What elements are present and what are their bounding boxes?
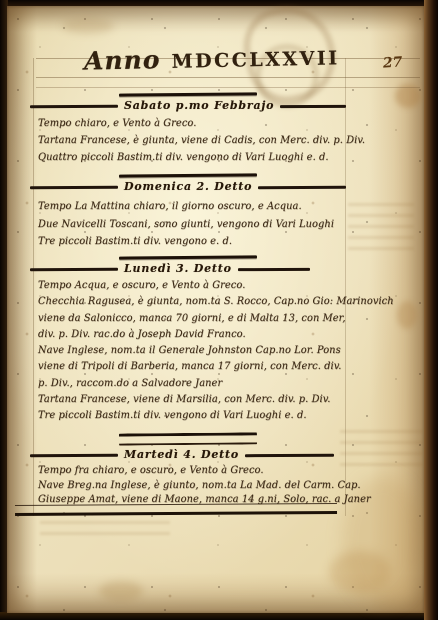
foxing-stain (329, 551, 391, 593)
manuscript-line: Due Navicelli Toscani, sono giunti, veng… (38, 216, 346, 234)
ink-bleedthrough-text (40, 519, 170, 543)
manuscript-line: viene di Tripoli di Barberia, manca 17 g… (38, 359, 346, 375)
page-title: Anno MDCCLXXVII (84, 41, 340, 75)
entry-body: Tempo La Mattina chiaro, il giorno oscur… (30, 194, 346, 251)
heading-rule-right (280, 105, 346, 108)
heading-rule-right (258, 186, 346, 189)
foxing-stain (99, 581, 143, 601)
section-heading: Sabato p.mo Febbrajo (118, 99, 280, 112)
entry-domenica-2: Domenica 2. Detto Tempo La Mattina chiar… (30, 174, 346, 251)
manuscript-line: Tartana Francese, è giunta, viene di Cad… (38, 132, 346, 149)
manuscript-line: Tempo Acqua, e oscuro, e Vento à Greco. (38, 278, 346, 294)
heading-rule-left (30, 454, 118, 458)
section-divider-rule (119, 432, 257, 445)
section-heading-row: Sabato p.mo Febbrajo (30, 100, 346, 113)
manuscript-line: viene da Salonicco, manca 70 giorni, e d… (38, 311, 346, 327)
manuscript-line: Tre piccoli Bastim.ti div. vengono e. d. (38, 233, 346, 251)
entry-sabato-1-febbraio: Sabato p.mo Febbrajo Tempo chiaro, e Ven… (30, 93, 346, 166)
entry-body: Tempo Acqua, e oscuro, e Vento à Greco. … (30, 276, 346, 425)
section-heading: Domenica 2. Detto (118, 180, 258, 193)
heading-rule-left (30, 268, 118, 272)
section-heading-row: Lunedì 3. Detto (30, 263, 346, 276)
manuscript-line: div. p. Div. rac.do à Joseph David Franc… (38, 327, 346, 343)
ink-bleedthrough-text (348, 196, 414, 258)
manuscript-line: Tartana Francese, viene di Marsilia, con… (38, 392, 346, 408)
manuscript-line: Tempo fra chiaro, e oscuro, e Vento à Gr… (38, 464, 346, 479)
manuscript-line: Quattro piccoli Bastim.ti div. vengono d… (38, 149, 346, 166)
page-title-anno: Anno (84, 45, 161, 76)
manuscript-line: p. Div., raccom.do a Salvadore Janer (38, 376, 346, 392)
manuscript-line: Checchia Ragusea, è giunta, nom.ta S. Ro… (38, 294, 346, 310)
section-divider-rule (119, 255, 257, 259)
manuscript-line: Nave Breg.na Inglese, è giunto, nom.ta L… (38, 479, 346, 494)
entry-body: Tempo chiaro, e Vento à Greco. Tartana F… (30, 113, 346, 166)
section-heading-row: Domenica 2. Detto (30, 181, 346, 194)
foxing-stain (62, 18, 114, 34)
photo-edge-bottom (0, 612, 438, 620)
foxing-stain (395, 84, 421, 108)
manuscript-line: Tre piccoli Bastim.ti div. vengono di Va… (38, 408, 346, 424)
section-divider-rule (119, 173, 257, 177)
foxing-stain (397, 301, 417, 329)
entry-martedi-4: Martedì 4. Detto Tempo fra chiaro, e osc… (30, 433, 346, 508)
ink-bleedthrough-text (340, 426, 424, 474)
section-heading-row: Martedì 4. Detto (30, 449, 346, 462)
folio-number: 27 (382, 54, 403, 71)
manuscript-line: Tempo La Mattina chiaro, il giorno oscur… (38, 198, 346, 216)
page-title-year-roman: MDCCLXXVII (171, 47, 340, 73)
section-heading: Lunedì 3. Detto (118, 262, 238, 275)
heading-rule-left (30, 186, 118, 190)
manuscript-line: Nave Inglese, nom.ta il Generale Johnsto… (38, 343, 346, 359)
manuscript-line: Tempo chiaro, e Vento à Greco. (38, 115, 346, 132)
section-heading: Martedì 4. Detto (118, 448, 245, 461)
section-divider-rule (119, 92, 257, 96)
book-binding-edge (424, 0, 438, 620)
heading-rule-right (245, 454, 334, 457)
manuscript-photo: Anno MDCCLXXVII 27 Sabato p.mo Febbrajo … (0, 0, 438, 620)
page-bottom-rule (15, 503, 337, 516)
heading-rule-left (30, 105, 118, 109)
heading-rule-right (238, 268, 310, 271)
entry-lunedi-3: Lunedì 3. Detto Tempo Acqua, e oscuro, e… (30, 256, 346, 425)
entry-body: Tempo fra chiaro, e oscuro, e Vento à Gr… (30, 462, 346, 508)
